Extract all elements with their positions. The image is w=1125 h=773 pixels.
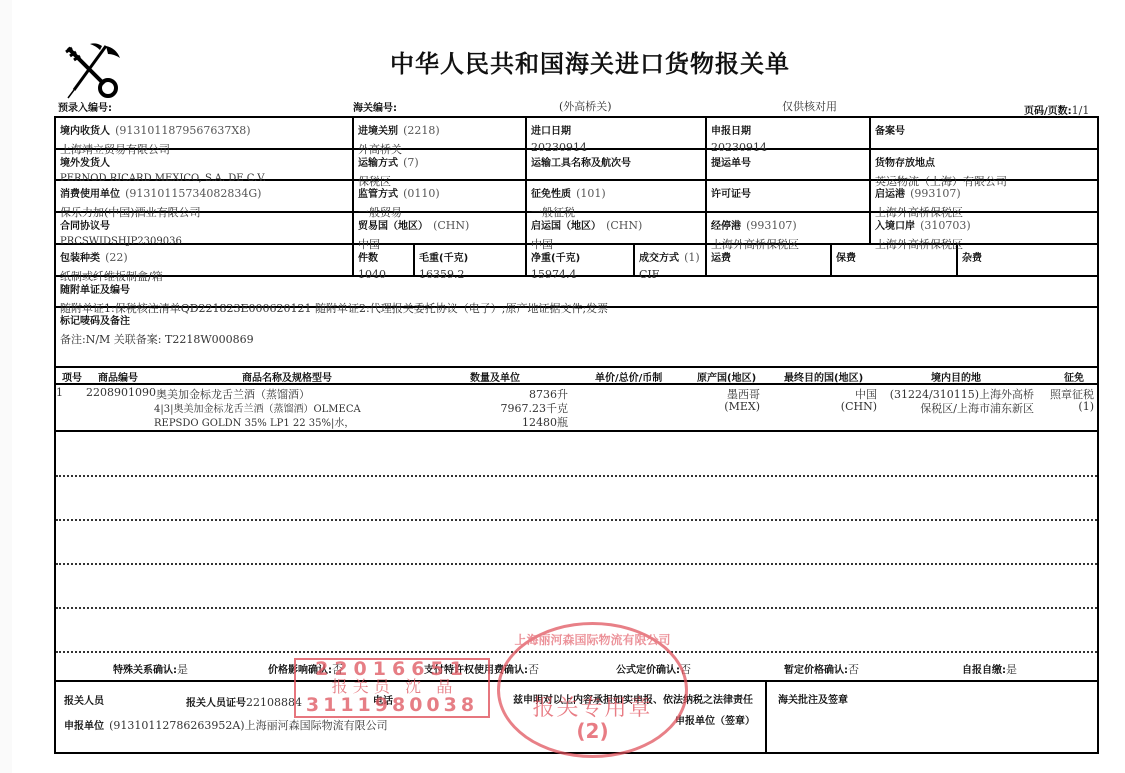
item-hs-code: 2208901090 — [86, 386, 156, 399]
item-origin-line2: (MEX) — [702, 400, 760, 413]
misc-fee-field: 杂费 — [958, 245, 1096, 269]
item-no: 1 — [56, 386, 63, 399]
vehicle-field: 运输工具名称及航次号 — [527, 150, 705, 174]
col-header-final-dest: 最终目的国(地区) — [784, 369, 863, 384]
self-report-confirm: 自报自缴:是 — [962, 658, 1017, 677]
item-dest-line2: (CHN) — [812, 400, 877, 413]
shipper-field: 境外发货人 PERNOD RICARD MEXICO, S.A. DE C.V. — [56, 150, 352, 185]
col-header-origin: 原产国(地区) — [697, 369, 756, 384]
item-levy-line2: (1) — [1036, 400, 1094, 413]
col-header-levy: 征免 — [1064, 369, 1084, 384]
col-header-name: 商品名称及规格型号 — [242, 369, 332, 384]
item-name-line3: REPSDO GOLDN 35% LP1 22 35%|水， — [154, 414, 354, 429]
marks-field: 标记唛码及备注 备注:N/M 关联备案: T2218W000869 — [56, 308, 1096, 348]
col-header-quantity: 数量及单位 — [470, 369, 520, 384]
declarant-stamp: 22016651 报 关 员 沈 晶 3111980038 — [294, 658, 490, 718]
provisional-price-confirm: 暂定价格确认:否 — [784, 658, 859, 677]
bill-no-field: 提运单号 — [707, 150, 869, 174]
special-relation-confirm: 特殊关系确认:是 — [113, 658, 188, 677]
freight-field: 运费 — [707, 245, 830, 269]
customs-office: (外高桥关) — [559, 98, 612, 114]
customs-emblem-icon — [60, 40, 126, 100]
item-domestic-line2: 保税区/上海市浦东新区 — [882, 400, 1034, 416]
item-qty-line3: 12480瓶 — [452, 414, 568, 430]
item-name-line2: 4|3|奥美加金标龙舌兰酒（蒸馏酒）OLMECA — [154, 400, 361, 415]
customs-no-label: 海关编号: — [353, 99, 397, 114]
contract-field: 合同协议号 PRCSWIDSHJP2309036 — [56, 213, 352, 248]
page-title: 中华人民共和国海关进口货物报关单 — [390, 44, 790, 79]
company-seal: 上海丽河森国际物流有限公司 报关专用章 (2) — [497, 622, 688, 758]
declarant-id: 报关人员证号22108884 — [186, 691, 302, 710]
col-header-hs-code: 商品编号 — [98, 369, 138, 384]
notice-text: 仅供核对用 — [782, 98, 837, 114]
unit-seal-label: 申报单位（签章） — [675, 712, 755, 727]
declarant-person-label: 报关人员 — [64, 692, 104, 707]
col-header-domestic-dest: 境内目的地 — [931, 369, 981, 384]
pre-entry-label: 预录入编号: — [58, 99, 112, 114]
customs-declaration-page: 中华人民共和国海关进口货物报关单 预录入编号: 海关编号: (外高桥关) 仅供核… — [12, 0, 1125, 773]
insurance-field: 保费 — [832, 245, 956, 269]
col-header-no: 项号 — [62, 369, 82, 384]
col-header-price: 单价/总价/币制 — [595, 369, 662, 384]
license-field: 许可证号 — [707, 181, 869, 205]
record-no-field: 备案号 — [871, 118, 1096, 142]
customs-note-label: 海关批注及签章 — [778, 691, 848, 706]
